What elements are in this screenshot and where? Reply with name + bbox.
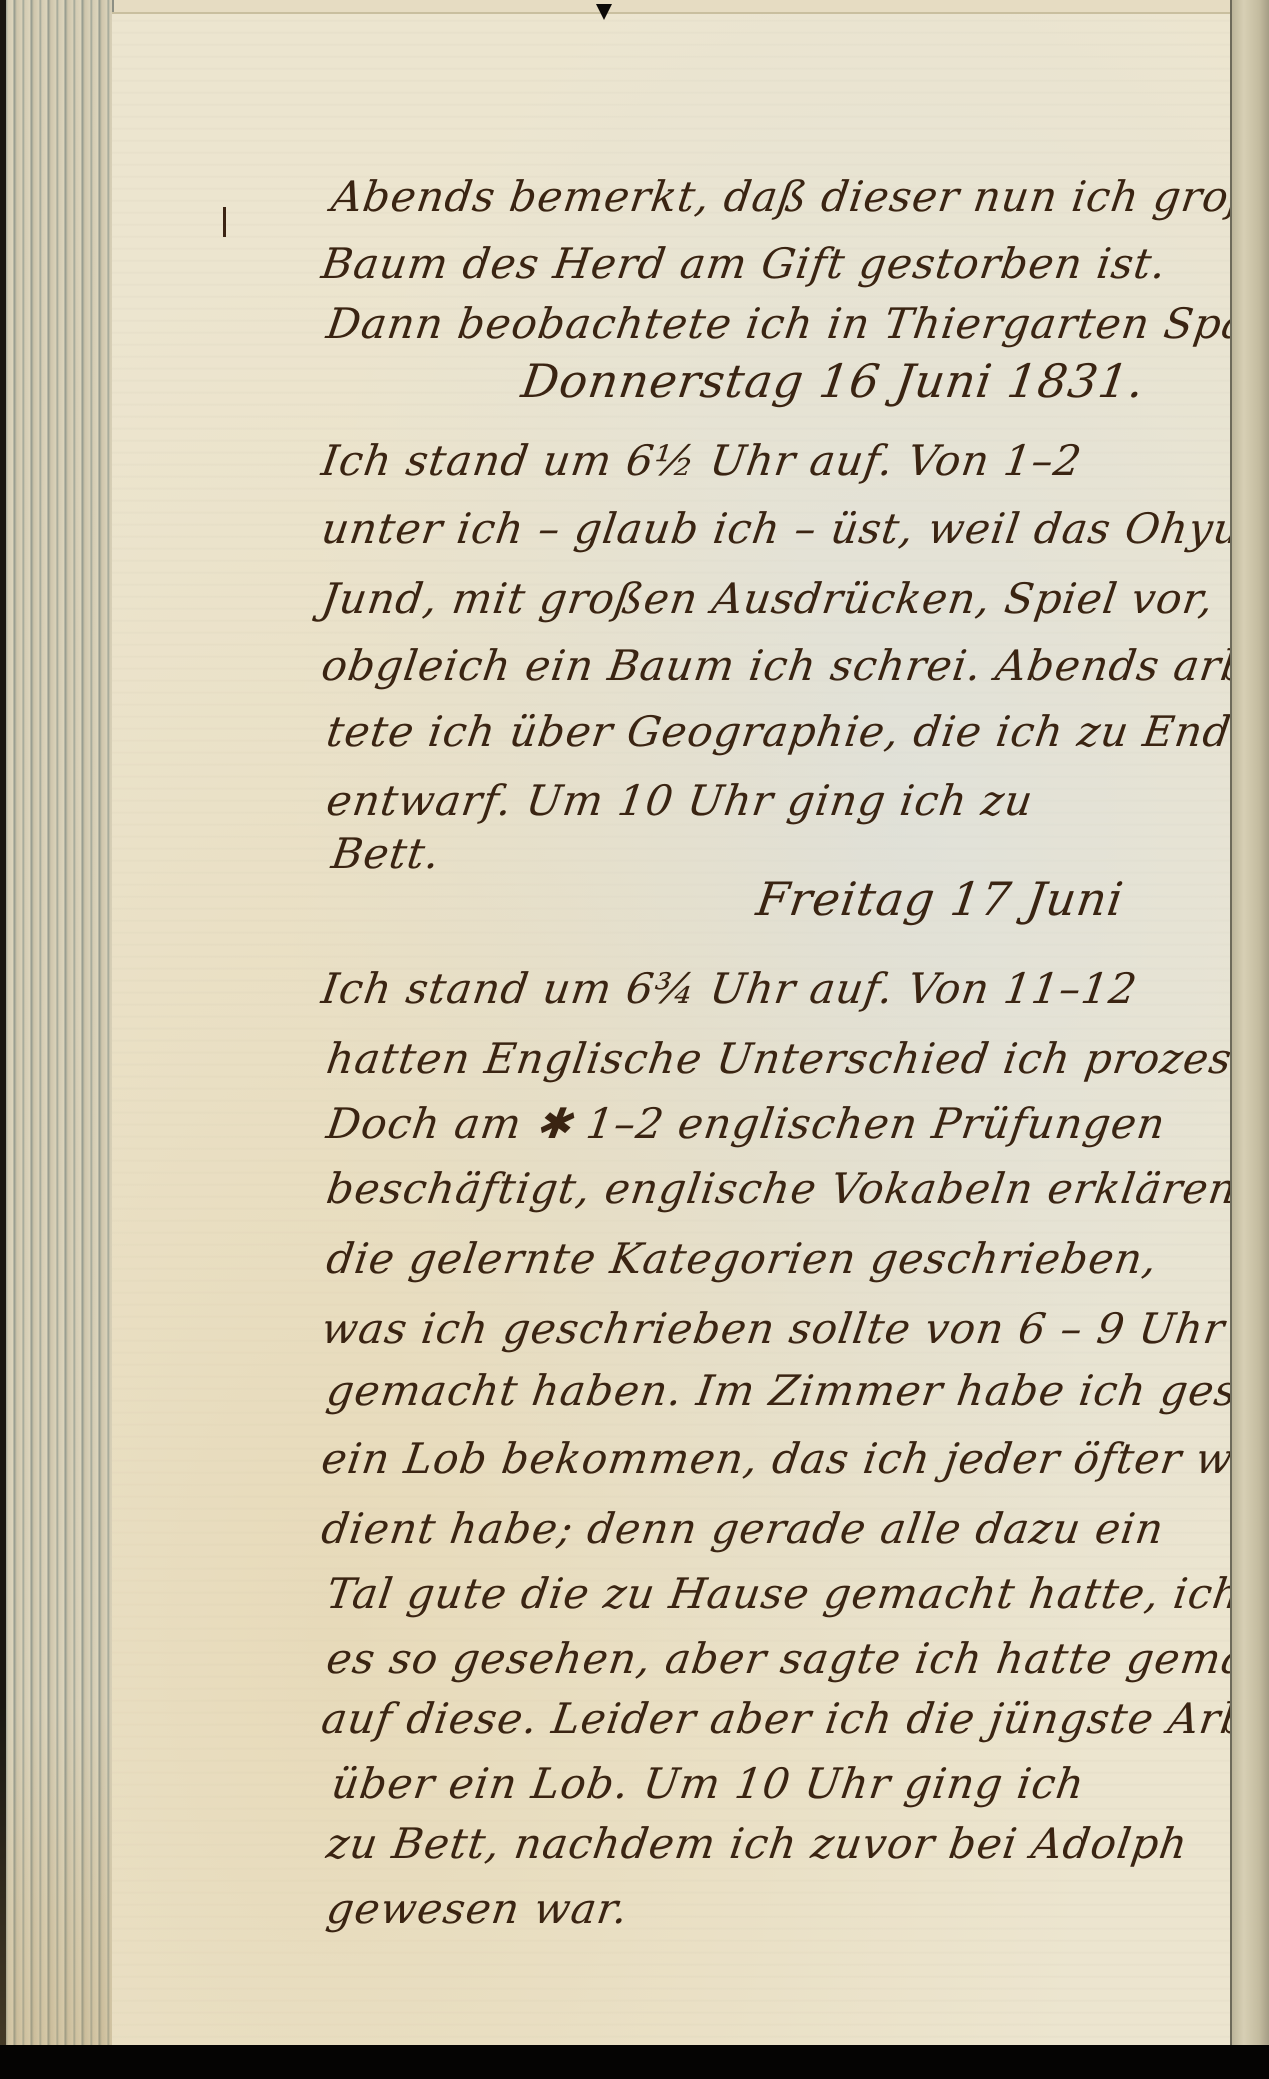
text-line: die gelernte Kategorien geschrieben, [324,1234,1161,1283]
text-line: ein Lob bekommen, das ich jeder öfter wa… [319,1434,1269,1483]
text-line: tete ich über Geographie, die ich zu End… [324,707,1261,756]
text-line: es so gesehen, aber sagte ich hatte gema… [324,1634,1269,1683]
text-line: auf diese. Leider aber ich die jüngste A… [319,1694,1269,1743]
text-line: Ich stand um 6¾ Uhr auf. Von 11–12 [319,964,1141,1013]
text-line: dient habe; denn gerade alle dazu ein [319,1504,1168,1553]
book-scan: Abends bemerkt, daß dieser nun ich große… [0,0,1269,2045]
text-line: obgleich ein Baum ich schrei. Abends arb… [319,641,1269,690]
binding-gutter [1230,0,1269,2045]
manuscript-page: Abends bemerkt, daß dieser nun ich große… [112,12,1230,2047]
text-line: was ich geschrieben sollte von 6 – 9 Uhr [319,1304,1229,1353]
text-line: entwarf. Um 10 Uhr ging ich zu [324,776,1037,825]
entry-heading-date: Donnerstag 16 Juni 1831. [518,354,1148,408]
scan-background-band [0,2045,1269,2079]
text-line: Doch am ✱ 1–2 englischen Prüfungen [324,1099,1169,1148]
text-line: Jund, mit großen Ausdrücken, Spiel vor, [319,574,1218,623]
text-line: Tal gute die zu Hause gemacht hatte, ich… [324,1569,1269,1618]
text-line: hatten Englische Unterschied ich prozess… [324,1034,1269,1083]
text-line: Bett. [329,829,444,878]
text-line: Abends bemerkt, daß dieser nun ich große [329,172,1269,221]
text-line: beschäftigt, englische Vokabeln erklären… [324,1164,1255,1213]
text-line: Baum des Herd am Gift gestorben ist. [319,239,1170,288]
text-line: zu Bett, nachdem ich zuvor bei Adolph [324,1819,1192,1868]
text-line: über ein Lob. Um 10 Uhr ging ich [329,1759,1088,1808]
text-line: unter ich – glaub ich – üst, weil das Oh… [319,504,1261,553]
margin-ink-mark [223,207,226,237]
text-line: gewesen war. [324,1884,632,1933]
entry-heading-date: Freitag 17 Juni [753,872,1127,926]
stacked-page-edges [0,0,114,2045]
text-line: gemacht haben. Im Zimmer habe ich gester… [324,1366,1269,1415]
text-line: Dann beobachtete ich in Thiergarten Spat… [324,299,1269,348]
text-line: Ich stand um 6½ Uhr auf. Von 1–2 [319,436,1085,485]
edge-stain [0,1705,112,2045]
triangle-marker-icon [596,4,612,20]
